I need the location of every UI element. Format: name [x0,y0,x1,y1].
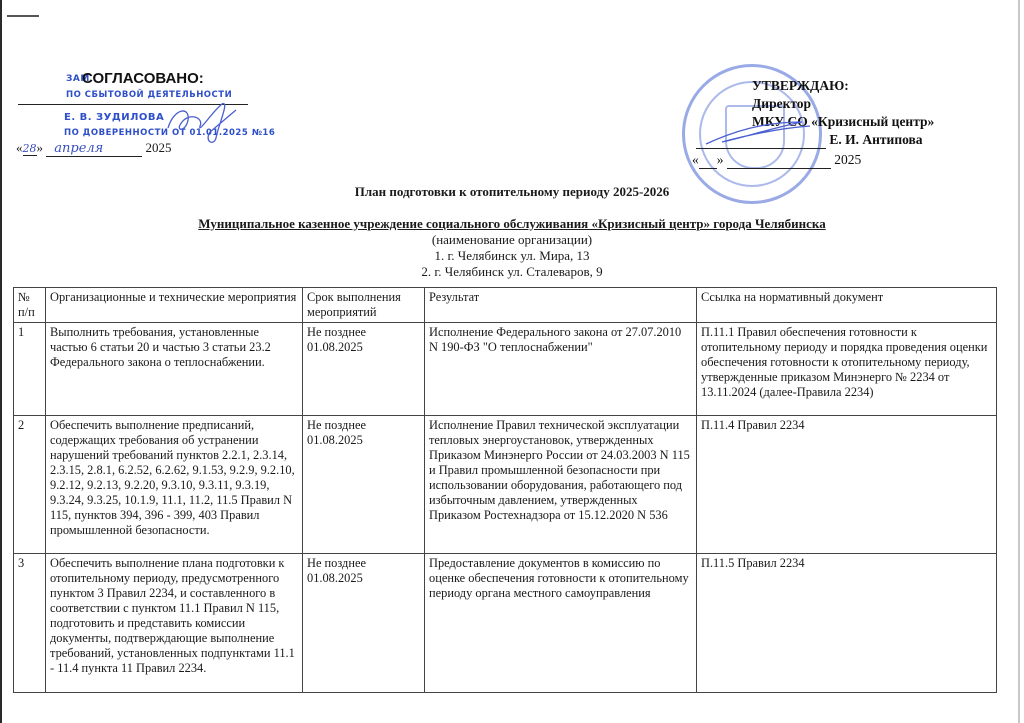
approve-date-month [727,152,831,169]
organization-caption: (наименование организации) [0,232,1024,248]
cell-deadline: Не позднее 01.08.2025 [303,323,425,416]
page-right-edge [1018,0,1020,723]
cell-result: Предоставление документов в комиссию по … [425,554,697,693]
cell-result: Исполнение Правил технической эксплуатац… [425,416,697,554]
stamp-name: Е. В. ЗУДИЛОВА [64,112,164,123]
cell-reference: П.11.1 Правил обеспечения готовности к о… [697,323,997,416]
agreed-title: СОГЛАСОВАНО: [82,70,204,87]
document-title: План подготовки к отопительному периоду … [0,184,1024,200]
address-1: 1. г. Челябинск ул. Мира, 13 [0,248,1024,264]
cell-result: Исполнение Федерального закона от 27.07.… [425,323,697,416]
organization-name: Муниципальное казенное учреждение социал… [0,216,1024,232]
signature-icon [160,98,240,148]
scan-mark [7,15,39,17]
cell-number: 1 [14,323,46,416]
cell-deadline: Не позднее 01.08.2025 [303,554,425,693]
page-left-edge [0,0,2,723]
header-reference: Ссылка на нормативный документ [697,288,997,323]
header-result: Результат [425,288,697,323]
agreed-date: «28» апреля 2025 [16,140,172,157]
table-row: 1 Выполнить требования, установленные ча… [14,323,997,416]
cell-action: Обеспечить выполнение плана подготовки к… [46,554,303,693]
table-row: 2 Обеспечить выполнение предписаний, сод… [14,416,997,554]
signature-icon [702,118,812,148]
cell-action: Выполнить требования, установленные част… [46,323,303,416]
cell-reference: П.11.5 Правил 2234 [697,554,997,693]
table-header-row: № п/п Организационные и технические меро… [14,288,997,323]
agreed-date-day: 28 [23,142,37,156]
approve-position: Директор [752,96,811,112]
cell-reference: П.11.4 Правил 2234 [697,416,997,554]
table-row: 3 Обеспечить выполнение плана подготовки… [14,554,997,693]
header-number: № п/п [14,288,46,323]
cell-number: 2 [14,416,46,554]
agreed-date-month: апреля [46,141,142,157]
cell-number: 3 [14,554,46,693]
approve-date: « » 2025 [692,152,861,169]
cell-deadline: Не позднее 01.08.2025 [303,416,425,554]
header-deadline: Срок выполнения мероприятий [303,288,425,323]
cell-action: Обеспечить выполнение предписаний, содер… [46,416,303,554]
header-action: Организационные и технические мероприяти… [46,288,303,323]
approve-title: УТВЕРЖДАЮ: [752,78,849,94]
approve-date-year: 2025 [834,152,861,167]
address-2: 2. г. Челябинск ул. Сталеваров, 9 [0,264,1024,280]
plan-table: № п/п Организационные и технические меро… [13,287,997,693]
approve-name: Е. И. Антипова [829,132,922,147]
agreed-date-year: 2025 [146,140,172,155]
